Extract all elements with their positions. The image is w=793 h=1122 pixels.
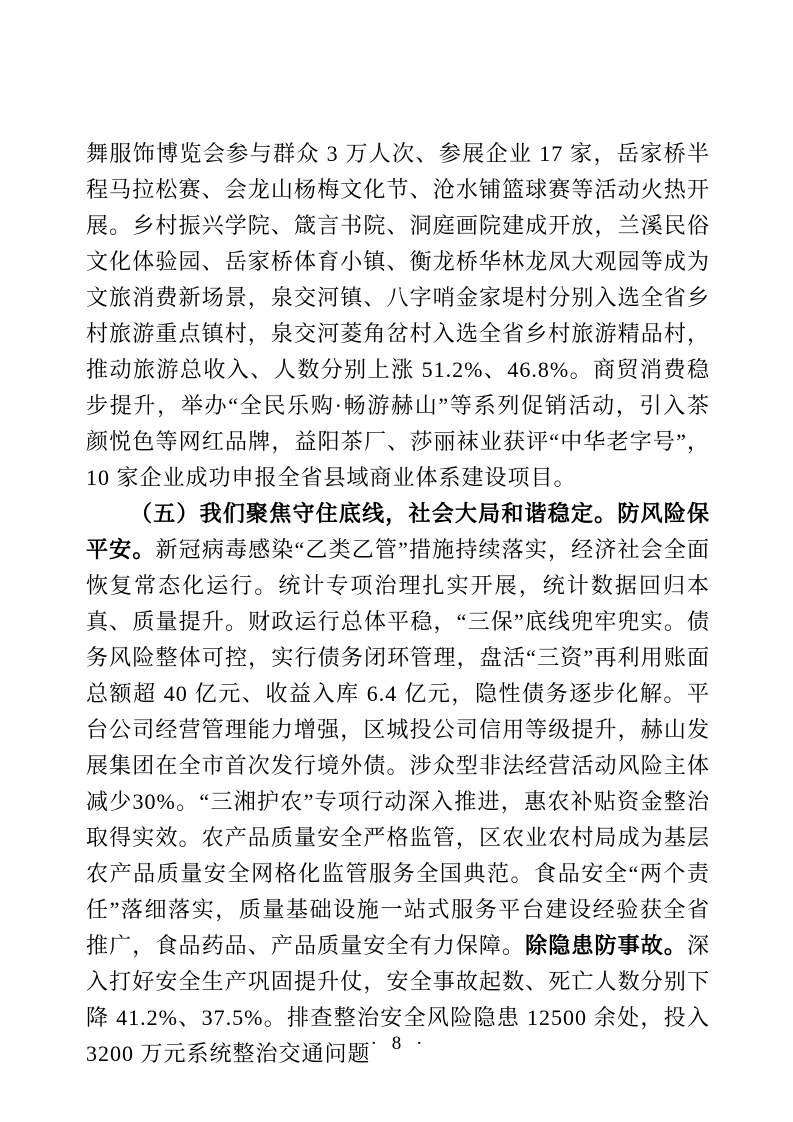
text-segment: 舞服饰博览会参与群众 3 万人次、参展企业 17 家，岳家桥半程马拉松赛、会龙山… [86,141,710,490]
paragraph-culture-tourism-commerce: 舞服饰博览会参与群众 3 万人次、参展企业 17 家，岳家桥半程马拉松赛、会龙山… [86,136,710,496]
paragraph-section-five-bottom-line: （五）我们聚焦守住底线，社会大局和谐稳定。防风险保平安。新冠病毒感染“乙类乙管”… [86,496,710,1072]
document-body: 舞服饰博览会参与群众 3 万人次、参展企业 17 家，岳家桥半程马拉松赛、会龙山… [86,136,710,1072]
text-segment: 新冠病毒感染“乙类乙管”措施持续落实，经济社会全面恢复常态化运行。统计专项治理扎… [86,537,710,958]
document-page: 舞服饰博览会参与群众 3 万人次、参展企业 17 家，岳家桥半程马拉松赛、会龙山… [0,0,793,1122]
page-footer: · 8 · [0,1032,793,1056]
bold-text-segment: 除隐患防事故。 [525,933,687,958]
page-number: · 8 · [371,1033,423,1054]
